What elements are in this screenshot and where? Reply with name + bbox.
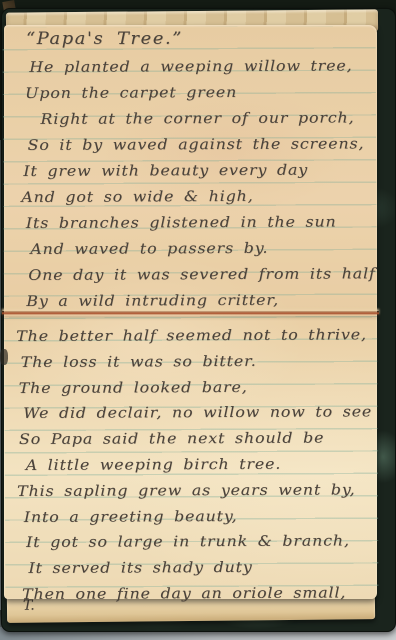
- poem-title: “Papa's Tree.”: [26, 29, 183, 48]
- page-fold-line: [2, 311, 379, 316]
- poem-line: The ground looked bare,: [19, 375, 396, 403]
- poem-line: And waved to passers by.: [30, 235, 396, 263]
- poem-line: So Papa said the next should be: [19, 426, 396, 454]
- poem-stanza-2: The better half seemed not to thrive, Th…: [14, 323, 396, 609]
- poem-line: We did declair, no willow now to see: [23, 401, 396, 429]
- poem-line: It got so large in trunk & branch,: [26, 529, 396, 557]
- poem-line: Then one fine day an oriole small,: [22, 581, 396, 609]
- poem-line: Into a greeting beauty,: [24, 504, 396, 532]
- page-fold-notch: [0, 349, 8, 365]
- poem-line: Its branches glistened in the sun: [26, 209, 396, 237]
- poem-line: He planted a weeping willow tree,: [29, 53, 396, 81]
- notebook-page: “Papa's Tree.” He planted a weeping will…: [4, 25, 377, 599]
- poem-line: The better half seemed not to thrive,: [16, 323, 396, 351]
- poem-line: A little weeping birch tree.: [26, 452, 396, 480]
- poem-line: It served its shady duty: [28, 555, 396, 583]
- poem-line: The loss it was so bitter.: [21, 349, 396, 377]
- poem-stanza-1: He planted a weeping willow tree, Upon t…: [14, 53, 396, 315]
- poem-line: Upon the carpet green: [25, 79, 396, 107]
- poem-line: So it by waved against the screens,: [28, 131, 396, 159]
- poem-line: Right at the corner of our porch,: [40, 105, 396, 133]
- notebook-photo: T. “Papa's Tree.” He planted a weeping w…: [0, 0, 396, 640]
- poem-line: One day it was severed from its half: [28, 261, 396, 289]
- poem-line: And got so wide & high,: [21, 183, 396, 211]
- poem-line: This sapling grew as years went by,: [17, 478, 396, 506]
- poem-line: It grew with beauty every day: [23, 157, 396, 185]
